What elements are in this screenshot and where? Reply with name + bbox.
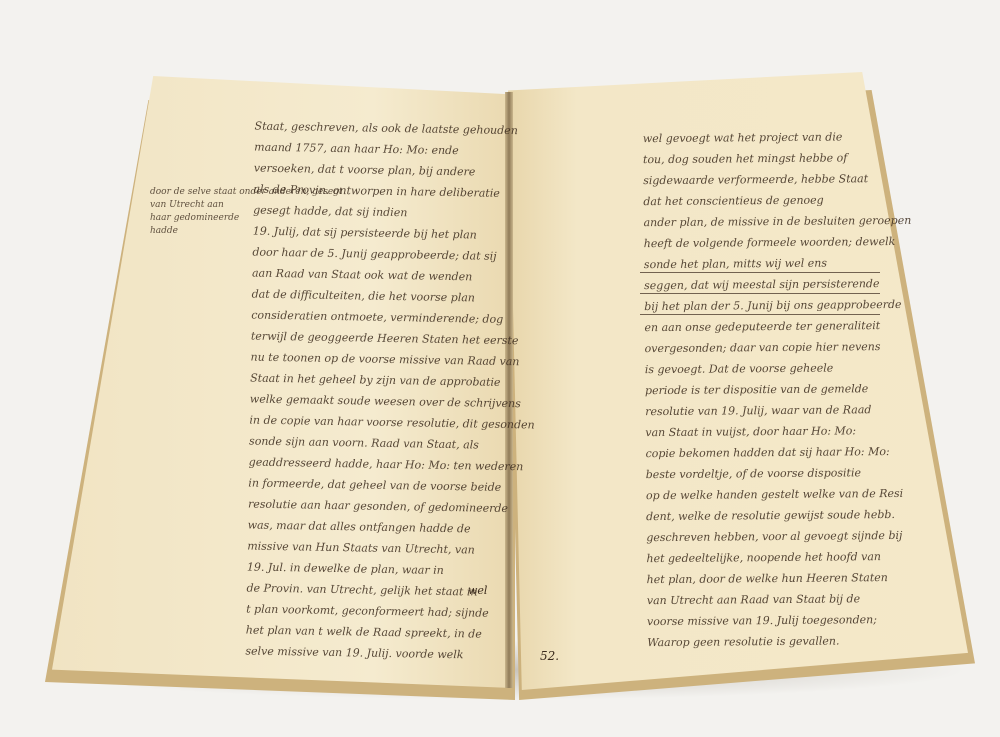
handwritten-line: dat het conscientieus de genoeg — [643, 189, 911, 212]
handwritten-line: en aan onse gedeputeerde ter generalitei… — [644, 315, 912, 338]
open-manuscript-book: door de selve staat onder anderen, geseg… — [0, 0, 1000, 737]
underline-mark — [640, 293, 880, 294]
handwritten-line: op de welke handen gestelt welke van de … — [646, 483, 914, 506]
handwritten-line: dent, welke de resolutie gewijst soude h… — [646, 504, 914, 527]
handwritten-line: sigdewaarde verformeerde, hebbe Staat — [643, 168, 911, 191]
handwritten-line: tou, dog souden het mingst hebbe of — [643, 147, 911, 170]
catchword: wel — [468, 584, 487, 597]
handwritten-line: voorse missive van 19. Julij toegesonden… — [647, 609, 915, 632]
handwritten-line: van Staat in vuijst, door haar Ho: Mo: — [645, 420, 913, 443]
handwritten-line: wel gevoegt wat het project van die — [643, 126, 911, 149]
handwritten-line: beste vordeltje, of de voorse dispositie — [646, 462, 914, 485]
underline-mark — [640, 272, 880, 273]
left-page-handwriting: Staat, geschreven, als ook de laatste ge… — [245, 116, 540, 667]
page-number: 52. — [540, 649, 559, 663]
handwritten-line: het gedeeltelijke, noopende het hoofd va… — [646, 546, 914, 569]
handwritten-line: copie bekomen hadden dat sij haar Ho: Mo… — [645, 441, 913, 464]
handwritten-line: heeft de volgende formeele woorden; dewe… — [644, 231, 912, 254]
handwritten-line: is gevoegt. Dat de voorse geheele — [645, 357, 913, 380]
handwritten-line: het plan, door de welke hun Heeren State… — [647, 567, 915, 590]
handwritten-line: van Utrecht aan Raad van Staat bij de — [647, 588, 915, 611]
handwritten-line: ander plan, de missive in de besluiten g… — [643, 210, 911, 233]
handwritten-line: resolutie van 19. Julij, waar van de Raa… — [645, 399, 913, 422]
handwritten-line: overgesonden; daar van copie hier nevens — [645, 336, 913, 359]
underline-mark — [640, 314, 880, 315]
handwritten-line: geschreven hebben, voor al gevoegt sijnd… — [646, 525, 914, 548]
right-page-handwriting: wel gevoegt wat het project van die tou,… — [643, 126, 915, 653]
handwritten-line: periode is ter dispositie van de gemelde — [645, 378, 913, 401]
handwritten-line: Waarop geen resolutie is gevallen. — [647, 630, 915, 653]
